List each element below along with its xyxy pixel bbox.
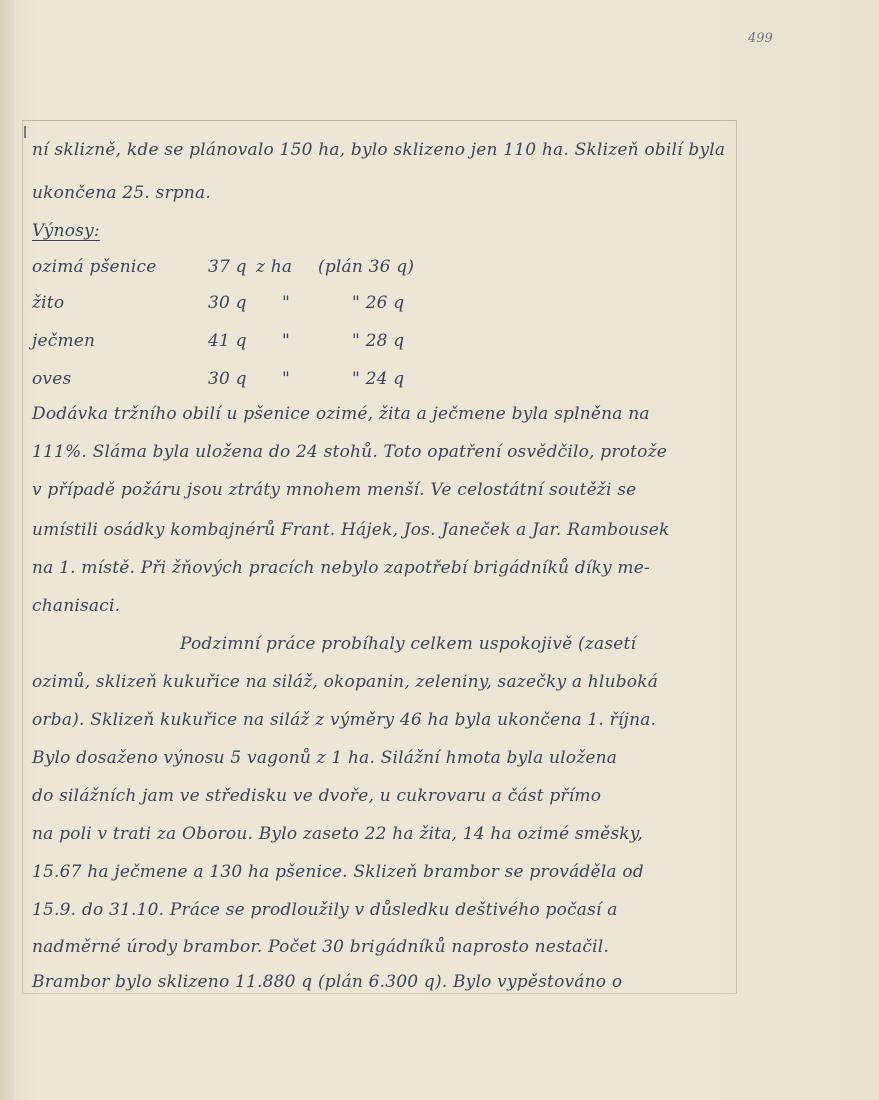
binding-edge bbox=[0, 0, 14, 1100]
yield-plan: " 26 q bbox=[352, 293, 404, 313]
text-line: umístili osádky kombajnérů Frant. Hájek,… bbox=[32, 520, 670, 540]
yield-actual: 41 q bbox=[208, 331, 247, 351]
text-line: ní sklizně, kde se plánovalo 150 ha, byl… bbox=[32, 140, 725, 160]
yield-actual: 37 q bbox=[208, 257, 247, 277]
yield-plan: (plán 36 q) bbox=[318, 257, 414, 277]
yield-actual: 30 q bbox=[208, 369, 247, 389]
text-line: orba). Sklizeň kukuřice na siláž z výměr… bbox=[32, 710, 656, 730]
text-line: 15.9. do 31.10. Práce se prodloužily v d… bbox=[32, 900, 618, 920]
text-line: Podzimní práce probíhaly celkem uspokoji… bbox=[180, 634, 636, 654]
text-line: ozimů, sklizeň kukuřice na siláž, okopan… bbox=[32, 672, 658, 692]
page-number: 499 bbox=[748, 31, 773, 46]
text-line: nadměrné úrody brambor. Počet 30 brigádn… bbox=[32, 937, 609, 957]
text-line: Brambor bylo sklizeno 11.880 q (plán 6.3… bbox=[32, 972, 622, 992]
yield-actual: 30 q bbox=[208, 293, 247, 313]
text-line: Bylo dosaženo výnosu 5 vagonů z 1 ha. Si… bbox=[32, 748, 617, 768]
yield-unit: " bbox=[282, 331, 290, 351]
yield-unit: " bbox=[282, 293, 290, 313]
yield-unit: " bbox=[282, 369, 290, 389]
text-line: do silážních jam ve středisku ve dvoře, … bbox=[32, 786, 601, 806]
frame-mark bbox=[24, 126, 26, 138]
yield-plan: " 28 q bbox=[352, 331, 404, 351]
text-line: na 1. místě. Při žňových pracích nebylo … bbox=[32, 558, 650, 578]
crop-name: ozimá pšenice bbox=[32, 257, 157, 277]
manuscript-page: 499 ní sklizně, kde se plánovalo 150 ha,… bbox=[0, 0, 879, 1100]
crop-name: ječmen bbox=[32, 331, 95, 351]
text-line: ukončena 25. srpna. bbox=[32, 183, 211, 203]
text-line: 111%. Sláma byla uložena do 24 stohů. To… bbox=[32, 442, 667, 462]
text-line: Dodávka tržního obilí u pšenice ozimé, ž… bbox=[32, 404, 650, 424]
crop-name: žito bbox=[32, 293, 64, 313]
text-line: chanisaci. bbox=[32, 596, 120, 616]
yield-unit: z ha bbox=[256, 257, 292, 277]
crop-name: oves bbox=[32, 369, 71, 389]
text-line: na poli v trati za Oborou. Bylo zaseto 2… bbox=[32, 824, 643, 844]
yield-plan: " 24 q bbox=[352, 369, 404, 389]
yields-heading: Výnosy: bbox=[32, 221, 100, 241]
text-line: 15.67 ha ječmene a 130 ha pšenice. Skliz… bbox=[32, 862, 644, 882]
text-line: v případě požáru jsou ztráty mnohem menš… bbox=[32, 480, 636, 500]
